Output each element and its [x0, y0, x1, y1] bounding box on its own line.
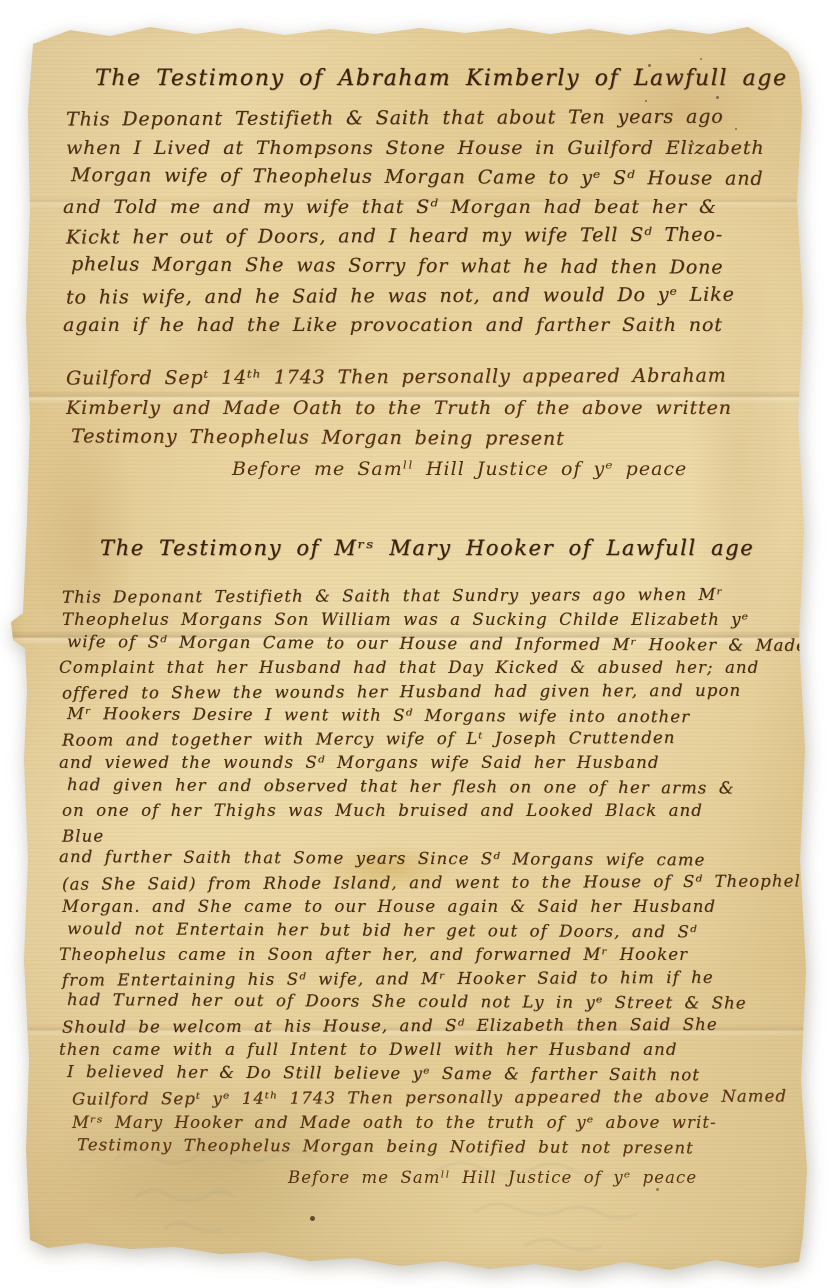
manuscript-line: Testimony Theophelus Morgan being Notifi… [77, 1133, 787, 1161]
manuscript-line: to his wife, and he Said he was not, and… [66, 280, 765, 313]
manuscript-line: This Deponant Testifieth & Saith that Su… [62, 582, 822, 609]
manuscript-line: and further Saith that Some years Since … [59, 845, 822, 873]
manuscript-paper: The Testimony of Abraham Kimberly of Law… [0, 0, 834, 1288]
photo-backdrop: The Testimony of Abraham Kimberly of Law… [0, 0, 834, 1288]
manuscript-line: would not Entertain her but bid her get … [67, 917, 822, 945]
manuscript-line: Complaint that her Husband had that Day … [59, 656, 822, 680]
ink-spatter [700, 58, 702, 60]
manuscript-line: and Told me and my wife that Sᵈ Morgan h… [63, 193, 765, 223]
manuscript-line: Guilford Sepᵗ 14ᵗʰ 1743 Then personally … [66, 361, 732, 394]
manuscript-line: Mʳˢ Mary Hooker and Made oath to the tru… [72, 1111, 787, 1136]
manuscript-line: Guilford Sepᵗ yᵉ 14ᵗʰ 1743 Then personal… [72, 1084, 787, 1112]
manuscript-line: and viewed the wounds Sᵈ Morgans wife Sa… [59, 751, 822, 775]
manuscript-line: This Deponant Testifieth & Saith that ab… [66, 102, 765, 135]
ink-blot [310, 1216, 315, 1221]
manuscript-line: Morgan wife of Theophelus Morgan Came to… [71, 161, 765, 194]
manuscript-line: again if he had the Like provocation and… [63, 311, 765, 341]
testimony-1-title: The Testimony of Abraham Kimberly of Law… [95, 66, 788, 91]
manuscript-line: (as She Said) from Rhode Island, and wen… [62, 869, 822, 896]
testimony-1-body: This Deponant Testifieth & Saith that ab… [66, 104, 765, 341]
manuscript-line: on one of her Thighs was Much bruised an… [62, 799, 822, 823]
manuscript-line: Testimony Theophelus Morgan being presen… [71, 421, 732, 455]
testimony-2-body: This Deponant Testifieth & Saith that Su… [62, 584, 822, 1086]
testimony-1-attestation: Guilford Sepᵗ 14ᵗʰ 1743 Then personally … [66, 362, 732, 454]
manuscript-line: Should be welcom at his House, and Sᵈ El… [62, 1013, 822, 1040]
manuscript-line: wife of Sᵈ Morgan Came to our House and … [67, 630, 822, 658]
manuscript-line: offered to Shew the wounds her Husband h… [62, 678, 822, 705]
manuscript-line: had given her and observed that her fles… [67, 773, 822, 801]
testimony-2-attestation: Guilford Sepᵗ yᵉ 14ᵗʰ 1743 Then personal… [72, 1086, 787, 1160]
manuscript-line: Morgan. and She came to our House again … [62, 895, 822, 919]
ink-spatter [716, 96, 719, 99]
manuscript-line: Theophelus Morgans Son William was a Suc… [62, 608, 822, 632]
testimony-2-title: The Testimony of Mʳˢ Mary Hooker of Lawf… [100, 536, 754, 560]
manuscript-line: then came with a full Intent to Dwell wi… [59, 1038, 822, 1062]
testimony-2-justice-signature: Before me Samˡˡ Hill Justice of yᵉ peace [288, 1168, 697, 1187]
manuscript-line: when I Lived at Thompsons Stone House in… [66, 134, 765, 164]
manuscript-line: Blue [62, 821, 822, 848]
paper-shadow: The Testimony of Abraham Kimberly of Law… [0, 0, 834, 1288]
manuscript-line: Theophelus came in Soon after her, and f… [59, 943, 822, 967]
manuscript-line: Kickt her out of Doors, and I heard my w… [66, 221, 765, 254]
manuscript-line: phelus Morgan She was Sorry for what he … [71, 250, 765, 283]
ink-spatter [645, 100, 647, 102]
manuscript-line: Kimberly and Made Oath to the Truth of t… [66, 393, 732, 424]
manuscript-line: Room and together with Mercy wife of Lᵗ … [62, 726, 822, 753]
ink-blot [656, 1188, 659, 1191]
testimony-1-justice-signature: Before me Samˡˡ Hill Justice of yᵉ peace [232, 458, 687, 480]
